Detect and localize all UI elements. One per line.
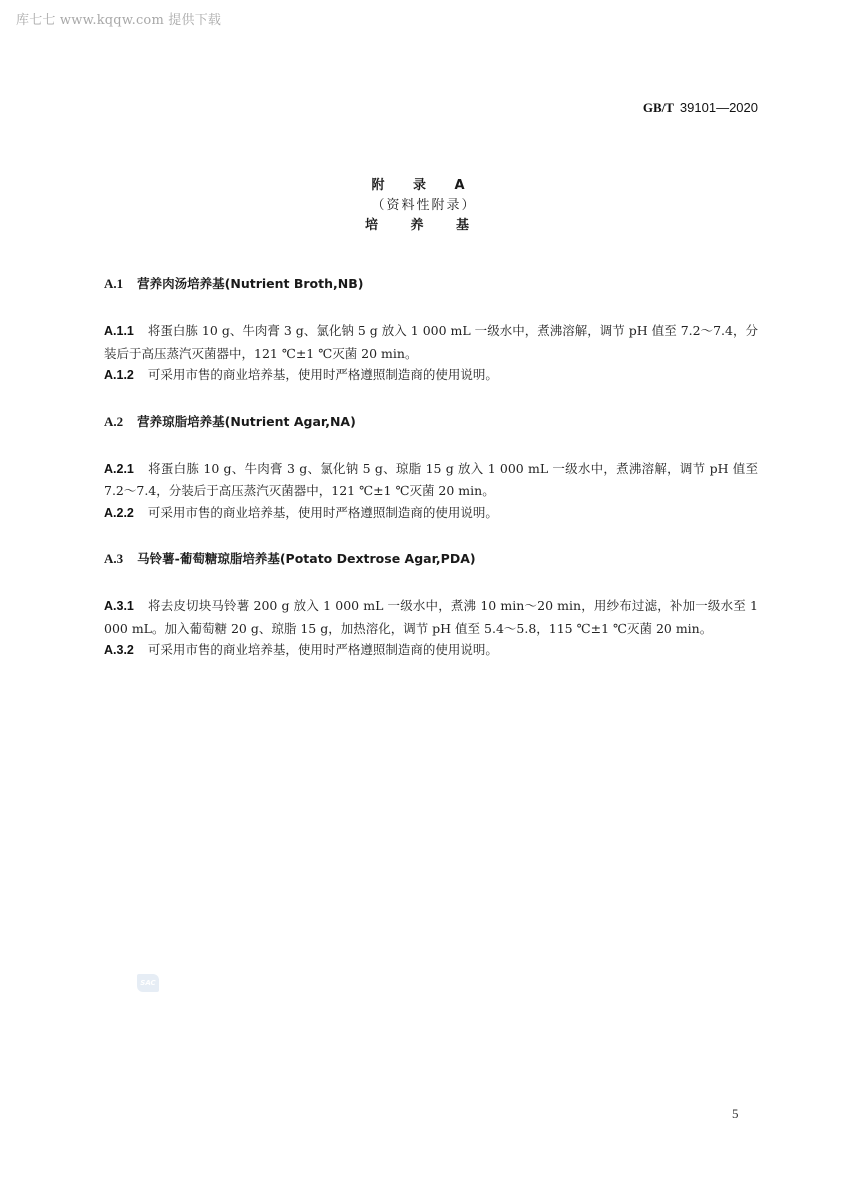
annex-type: （资料性附录） bbox=[0, 196, 848, 216]
section-a2: A.2营养琼脂培养基(Nutrient Agar,NA) A.2.1将蛋白胨 1… bbox=[104, 413, 758, 525]
clause-text: 可采用市售的商业培养基，使用时严格遵照制造商的使用说明。 bbox=[148, 642, 498, 657]
clause-a2-2: A.2.2可采用市售的商业培养基，使用时严格遵照制造商的使用说明。 bbox=[104, 502, 758, 525]
section-number: A.2 bbox=[104, 414, 123, 429]
standard-number: GB/T39101—2020 bbox=[643, 100, 758, 116]
page-number: 5 bbox=[732, 1106, 739, 1122]
clause-number: A.2.2 bbox=[104, 506, 134, 520]
clause-a3-1: A.3.1将去皮切块马铃薯 200 g 放入 1 000 mL 一级水中，煮沸 … bbox=[104, 595, 758, 639]
annex-subject: 培 养 基 bbox=[0, 216, 848, 236]
clause-text: 可采用市售的商业培养基，使用时严格遵照制造商的使用说明。 bbox=[148, 367, 498, 382]
annex-heading: 附 录 A （资料性附录） 培 养 基 bbox=[0, 176, 848, 236]
clause-a1-2: A.1.2可采用市售的商业培养基，使用时严格遵照制造商的使用说明。 bbox=[104, 364, 758, 387]
section-a3: A.3马铃薯-葡萄糖琼脂培养基(Potato Dextrose Agar,PDA… bbox=[104, 550, 758, 662]
section-heading: A.1营养肉汤培养基(Nutrient Broth,NB) bbox=[104, 275, 758, 293]
section-a1: A.1营养肉汤培养基(Nutrient Broth,NB) A.1.1将蛋白胨 … bbox=[104, 275, 758, 387]
clause-number: A.2.1 bbox=[104, 462, 134, 476]
clause-a2-1: A.2.1将蛋白胨 10 g、牛肉膏 3 g、氯化钠 5 g、琼脂 15 g 放… bbox=[104, 458, 758, 502]
clause-text: 可采用市售的商业培养基，使用时严格遵照制造商的使用说明。 bbox=[148, 505, 498, 520]
clause-number: A.1.2 bbox=[104, 368, 134, 382]
clause-number: A.3.1 bbox=[104, 599, 134, 613]
clause-number: A.1.1 bbox=[104, 324, 134, 338]
sac-logo-icon: SAC bbox=[137, 974, 159, 992]
clause-number: A.3.2 bbox=[104, 643, 134, 657]
standard-prefix: GB/T bbox=[643, 100, 674, 115]
section-number: A.1 bbox=[104, 276, 123, 291]
clause-a3-2: A.3.2可采用市售的商业培养基，使用时严格遵照制造商的使用说明。 bbox=[104, 639, 758, 662]
section-title: 马铃薯-葡萄糖琼脂培养基(Potato Dextrose Agar,PDA) bbox=[137, 551, 475, 566]
standard-code: 39101—2020 bbox=[680, 100, 758, 115]
section-heading: A.3马铃薯-葡萄糖琼脂培养基(Potato Dextrose Agar,PDA… bbox=[104, 550, 758, 568]
clause-text: 将蛋白胨 10 g、牛肉膏 3 g、氯化钠 5 g、琼脂 15 g 放入 1 0… bbox=[104, 461, 758, 499]
section-title: 营养肉汤培养基(Nutrient Broth,NB) bbox=[137, 276, 363, 291]
watermark-text: 库七七 www.kqqw.com 提供下载 bbox=[16, 9, 221, 28]
clause-text: 将去皮切块马铃薯 200 g 放入 1 000 mL 一级水中，煮沸 10 mi… bbox=[104, 598, 758, 636]
section-title: 营养琼脂培养基(Nutrient Agar,NA) bbox=[137, 414, 356, 429]
clause-a1-1: A.1.1将蛋白胨 10 g、牛肉膏 3 g、氯化钠 5 g 放入 1 000 … bbox=[104, 320, 758, 364]
section-heading: A.2营养琼脂培养基(Nutrient Agar,NA) bbox=[104, 413, 758, 431]
annex-title: 附 录 A bbox=[0, 176, 848, 196]
clause-text: 将蛋白胨 10 g、牛肉膏 3 g、氯化钠 5 g 放入 1 000 mL 一级… bbox=[104, 323, 758, 361]
section-number: A.3 bbox=[104, 551, 123, 566]
document-body: A.1营养肉汤培养基(Nutrient Broth,NB) A.1.1将蛋白胨 … bbox=[104, 275, 758, 688]
